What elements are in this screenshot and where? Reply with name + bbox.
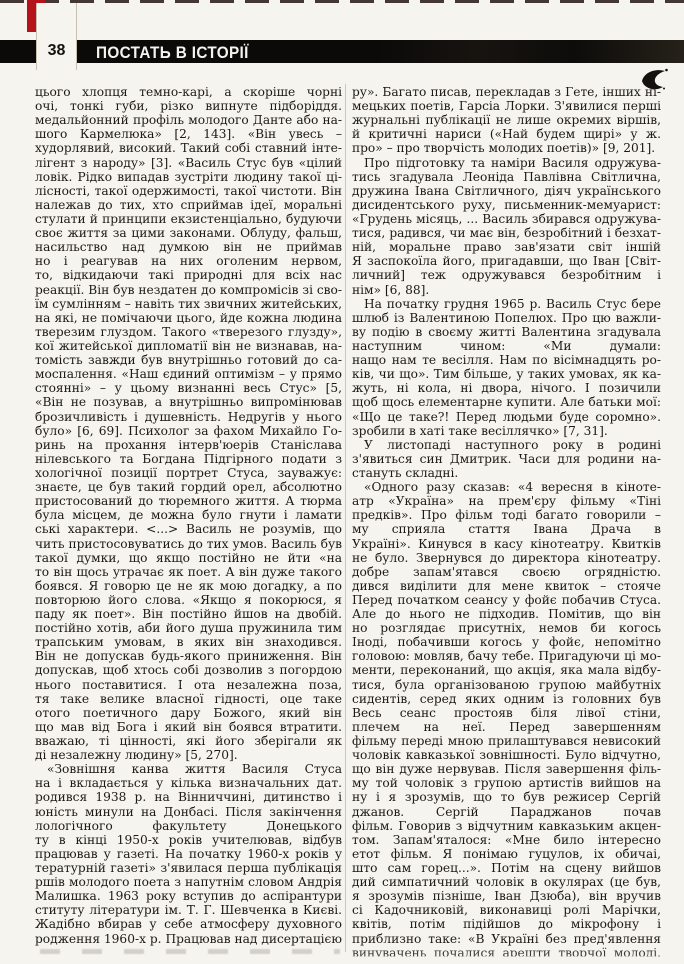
text-line: вважаю, ті цінності, які його зберігали … — [35, 734, 342, 748]
text-line: родження 1960-х р. Працював над дисертац… — [35, 932, 342, 946]
text-line: предків». Про фільм тоді багато говорили… — [352, 508, 661, 522]
section-title: ПОСТАТЬ В ІСТОРІЇ — [96, 43, 249, 63]
text-line: знаєте, це був такий гордий орел, абсолю… — [35, 480, 342, 494]
text-line: тись згадувала Леоніда Павлівна Світличн… — [352, 170, 661, 184]
text-line: що він дуже нервував. Після завершення ф… — [352, 762, 661, 776]
text-line: ді незалежну людину» [5, 270]. — [35, 748, 342, 762]
ink-smudge-icon — [640, 66, 670, 93]
text-line: не було. Звернувся до директора кінотеат… — [352, 551, 661, 565]
text-line: ту в кінці 1950-х років учителював, відб… — [35, 833, 342, 847]
text-line: трапським умовам, в яких він знаходився.… — [35, 635, 342, 649]
text-line: тературній газеті» з'явилася перша публі… — [35, 861, 342, 875]
text-line: щоб щось елементарне купити. Але батьки … — [352, 395, 661, 409]
text-line: працював у газеті. На початку 1960-х рок… — [35, 847, 342, 861]
text-line: Іноді, побачивши когось у фойє, непомітн… — [352, 635, 661, 649]
text-line: нім» [6, 88]. — [352, 283, 661, 297]
text-line: ну і я зрозумів, що то був режисер Сергі… — [352, 790, 661, 804]
text-line: брозичливість і душевність. Недругів у н… — [35, 410, 342, 424]
text-line: медальйонний профіль молодого Данте або … — [35, 113, 342, 127]
text-line: було» [6, 69]. Психолог за фахом Михайло… — [35, 424, 342, 438]
text-line: дився виділити для мене квиток – стояче … — [352, 579, 661, 593]
text-line: Він не допускав будь-якого приниження. В… — [35, 649, 342, 663]
text-line: зробили в хаті таке весіллячко» [7, 31]. — [352, 424, 661, 438]
text-line: ву подію в своєму житті Валентина згадув… — [352, 325, 661, 339]
text-line: Перед початком сеансу у фойє побачив Сту… — [352, 593, 661, 607]
text-line: допускав, щоб хтось собі дозволив з пого… — [35, 663, 342, 677]
text-line: паду як поет». Він постійно йшов на двоб… — [35, 607, 342, 621]
text-line: мецьких поетів, Гарсіа Лорки. З'явилися … — [352, 99, 661, 113]
text-line: цього хлопця темно-карі, а скоріше чорні… — [35, 85, 342, 99]
text-line: Але до нього не підходив. Помітив, що ві… — [352, 607, 661, 621]
text-line: сидентів, серед яких одним із головних б… — [352, 692, 661, 706]
page-number: 38 — [37, 42, 76, 60]
text-line: ній, моральне право зав'язати світ іншій… — [352, 240, 661, 254]
text-line: ру». Багато писав, перекладав з Гете, ін… — [352, 85, 661, 99]
text-line: том. Запам'яталося: «Мне било інтересно … — [352, 833, 661, 847]
text-line: я зрозумів пізніше, Іван Дзюба), він вру… — [352, 889, 661, 903]
text-line: нащо нам те весілля. Нам по вісімнадцять… — [352, 353, 661, 367]
text-line: то він щось утрачає як поет. А він дуже … — [35, 565, 342, 579]
text-line: наступним чином: «Ми думали: «Розпишемос… — [352, 339, 661, 353]
text-line: фільму переді мною прилаштувався невисок… — [352, 734, 661, 748]
text-line: журнальні публікації не лише окремих вір… — [352, 113, 661, 127]
text-line: такої думки, що якщо постійно не йти «на… — [35, 551, 342, 565]
text-line: була місцем, де можна було гнути і ламат… — [35, 508, 342, 522]
text-line: кої житейської дипломатії він не визнава… — [35, 339, 342, 353]
scanned-book-page: 38 ПОСТАТЬ В ІСТОРІЇ цього хлопця темно-… — [0, 0, 684, 964]
text-line: дий симпатичний чоловік в окулярах (це б… — [352, 875, 661, 889]
text-line: «Грудень місяць, ... Василь збирався одр… — [352, 212, 661, 226]
text-line: У листопаді наступного року в родині — [352, 438, 661, 452]
text-line: своє життя за цими законами. Облуду, фал… — [35, 226, 342, 240]
text-line: головою: мовляв, бачу тебе. Пригадуючи ц… — [352, 649, 661, 663]
text-line: ків, чи що». Тим більше, у таких умовах,… — [352, 367, 661, 381]
text-line: дисидентського руху, письменник-мемуарис… — [352, 198, 661, 212]
text-line: про» – про творчість молодих поетів)» [9… — [352, 141, 661, 155]
text-line: ловік. Рідко випадав зустріти людину так… — [35, 170, 342, 184]
text-line: отого поетичного дару Божого, який він в… — [35, 706, 342, 720]
text-line: но і реагував на них оголеним нервом, не… — [35, 254, 342, 268]
text-line: менти, переконаний, що акція, яка мала в… — [352, 663, 661, 677]
text-line: боявся. Я говорю це не як мою догадку, а… — [35, 579, 342, 593]
column-gutter-line — [345, 84, 346, 952]
text-line: личний] теж одружувався безробітним і бе… — [352, 268, 661, 282]
text-line: очі, тонкі губи, різко випнуте підборідд… — [35, 99, 342, 113]
page-edge-dashes — [0, 0, 684, 3]
text-line: етот фільм. Я понімаю гуцулов, іх обичаі… — [352, 847, 661, 861]
text-line: нілевського та Богдана Підгірного подати… — [35, 452, 342, 466]
text-line: лісності, такої одержимості, такої чисто… — [35, 184, 342, 198]
text-line: джанов. Сергій Параджанов почав презенту… — [352, 805, 661, 819]
text-line: винувачень почалися арешти творчої молод… — [352, 946, 661, 960]
text-line: приблизно таке: «В Україні без пред'явле… — [352, 932, 661, 946]
text-line: Жадібно вбирав у себе атмосферу духовног… — [35, 917, 342, 931]
text-line: ршів молодого поета з напутнім словом Ан… — [35, 875, 342, 889]
text-line: з'явиться син Дмитрик. Часи для родини н… — [352, 452, 661, 466]
text-line: постійно хотів, аби його душа пружинила … — [35, 621, 342, 635]
text-line: хологічної позиції портрет Стуса, зауваж… — [35, 466, 342, 480]
text-line: «Одного разу сказав: «4 вересня в кіноте… — [352, 480, 661, 494]
text-line: на які, не помічаючи цього, йде кожна лю… — [35, 311, 342, 325]
text-line: Україні». Кинувся в касу кінотеатру. Кви… — [352, 537, 661, 551]
text-line: «Він не позував, а внутрішньо випромінюв… — [35, 395, 342, 409]
text-line: Малишка. 1963 року вступив до аспірантур… — [35, 889, 342, 903]
text-line: стулати й принципи екзистенціально, буду… — [35, 212, 342, 226]
text-line: худорлявий, високий. Такий собі ставний … — [35, 141, 342, 155]
text-line: тя таке велике власної гідності, оце так… — [35, 692, 342, 706]
text-line: повторюю його слова. «Якщо я покорюся, я… — [35, 593, 342, 607]
text-line: дружина Івана Світличного, діяч українсь… — [352, 184, 661, 198]
text-line: пристосований до тюремного життя. А тюрм… — [35, 494, 342, 508]
text-line: ституту літератури ім. Т. Г. Шевченка в … — [35, 903, 342, 917]
text-line: жуть, ні кола, ні двора, нічого. І позич… — [352, 381, 661, 395]
text-line: му сприяла стаття Івана Драча в «Літерат… — [352, 522, 661, 536]
text-line: Про підготовку та наміри Василя одружува… — [352, 156, 661, 170]
text-line: На початку грудня 1965 р. Василь Стус бе… — [352, 297, 661, 311]
text-line: стануть складні. — [352, 466, 661, 480]
text-line: на і вкладається у кілька визначальних д… — [35, 776, 342, 790]
text-line: тверезим глуздом. Такого «тверезого глуз… — [35, 325, 342, 339]
text-line: то, відкидаючи такі природні для всіх на… — [35, 268, 342, 282]
text-line: реакції. Він був нездатен до компромісів… — [35, 283, 342, 297]
text-column-right: ру». Багато писав, перекладав з Гете, ін… — [352, 85, 661, 960]
text-line: належав до тих, хто сприймав ідеї, морал… — [35, 198, 342, 212]
text-line: тися, була організованою групою майбутні… — [352, 678, 661, 692]
text-line: чить пристосовуватись до тих умов. Васил… — [35, 537, 342, 551]
text-line: ські характери. <...> Василь не розумів,… — [35, 522, 342, 536]
text-line: но розглядає присутніх, немов би когось … — [352, 621, 661, 635]
text-line: Весь сеанс простояв біля лівої стіни, об… — [352, 706, 661, 720]
text-line: стоянні» – у цьому визнанні весь Стус» [… — [35, 381, 342, 395]
text-line: що мав від Бога і який він боявся втрати… — [35, 720, 342, 734]
text-column-left: цього хлопця темно-карі, а скоріше чорні… — [35, 85, 342, 946]
text-line: ринь на прохання інтерв'юерів Станіслава… — [35, 438, 342, 452]
page-number-box: 38 — [36, 3, 77, 70]
text-line: чоловік кавказької зовнішності. Було від… — [352, 748, 661, 762]
text-line: што сам горец...». Потім на сцену вийшов… — [352, 861, 661, 875]
text-line: нього поставитися. І ота незалежна поза,… — [35, 678, 342, 692]
text-line: томість завжди був внутрішньо готовий до… — [35, 353, 342, 367]
text-line: сі Кадочниковій, виконавиці ролі Марічки… — [352, 903, 661, 917]
text-line: атр «Україна» на прем'єру фільму «Тіні з… — [352, 494, 661, 508]
text-line: тися, радився, чи має він, безробітний і… — [352, 226, 661, 240]
text-line: й критичні нариси («Най будем щирі» у ж.… — [352, 127, 661, 141]
text-line: юність минули на Донбасі. Після закінчен… — [35, 805, 342, 819]
text-line: Я заспокоїла його, пригадавши, що Іван [… — [352, 254, 661, 268]
text-line: шлюб із Валентиною Попелюх. Про цю важли… — [352, 311, 661, 325]
text-line: квітів, потім підійшов до мікрофону і пр… — [352, 917, 661, 931]
text-line: шого Кармелюка» [2, 143]. «Він увесь – м… — [35, 127, 342, 141]
text-line: му той чоловік з групою артистів вийшов … — [352, 776, 661, 790]
text-line: плечем на неї. Перед завершенням демонст… — [352, 720, 661, 734]
text-line: добре запам'ятався своєю огрядністю. Роз… — [352, 565, 661, 579]
cutoff-line-remnant — [40, 949, 340, 954]
text-line: «Що це таке?! Перед людьми буде соромно»… — [352, 410, 661, 424]
text-line: їм сумлінням – навіть тих звичних житейс… — [35, 297, 342, 311]
text-line: фільм. Говорив з відчутним кавказьким ак… — [352, 819, 661, 833]
text-line: лігент з народу» [3]. «Василь Стус був «… — [35, 156, 342, 170]
text-line: моспалення. «Наш єдиний оптимізм – у пря… — [35, 367, 342, 381]
text-line: «Зовнішня канва життя Василя Стуса нескл… — [35, 762, 342, 776]
text-line: лологічного факультету Донецького педінс… — [35, 819, 342, 833]
text-line: насильство над думкою він не приймав орг… — [35, 240, 342, 254]
text-line: родився 1938 р. на Вінниччині, дитинство… — [35, 790, 342, 804]
